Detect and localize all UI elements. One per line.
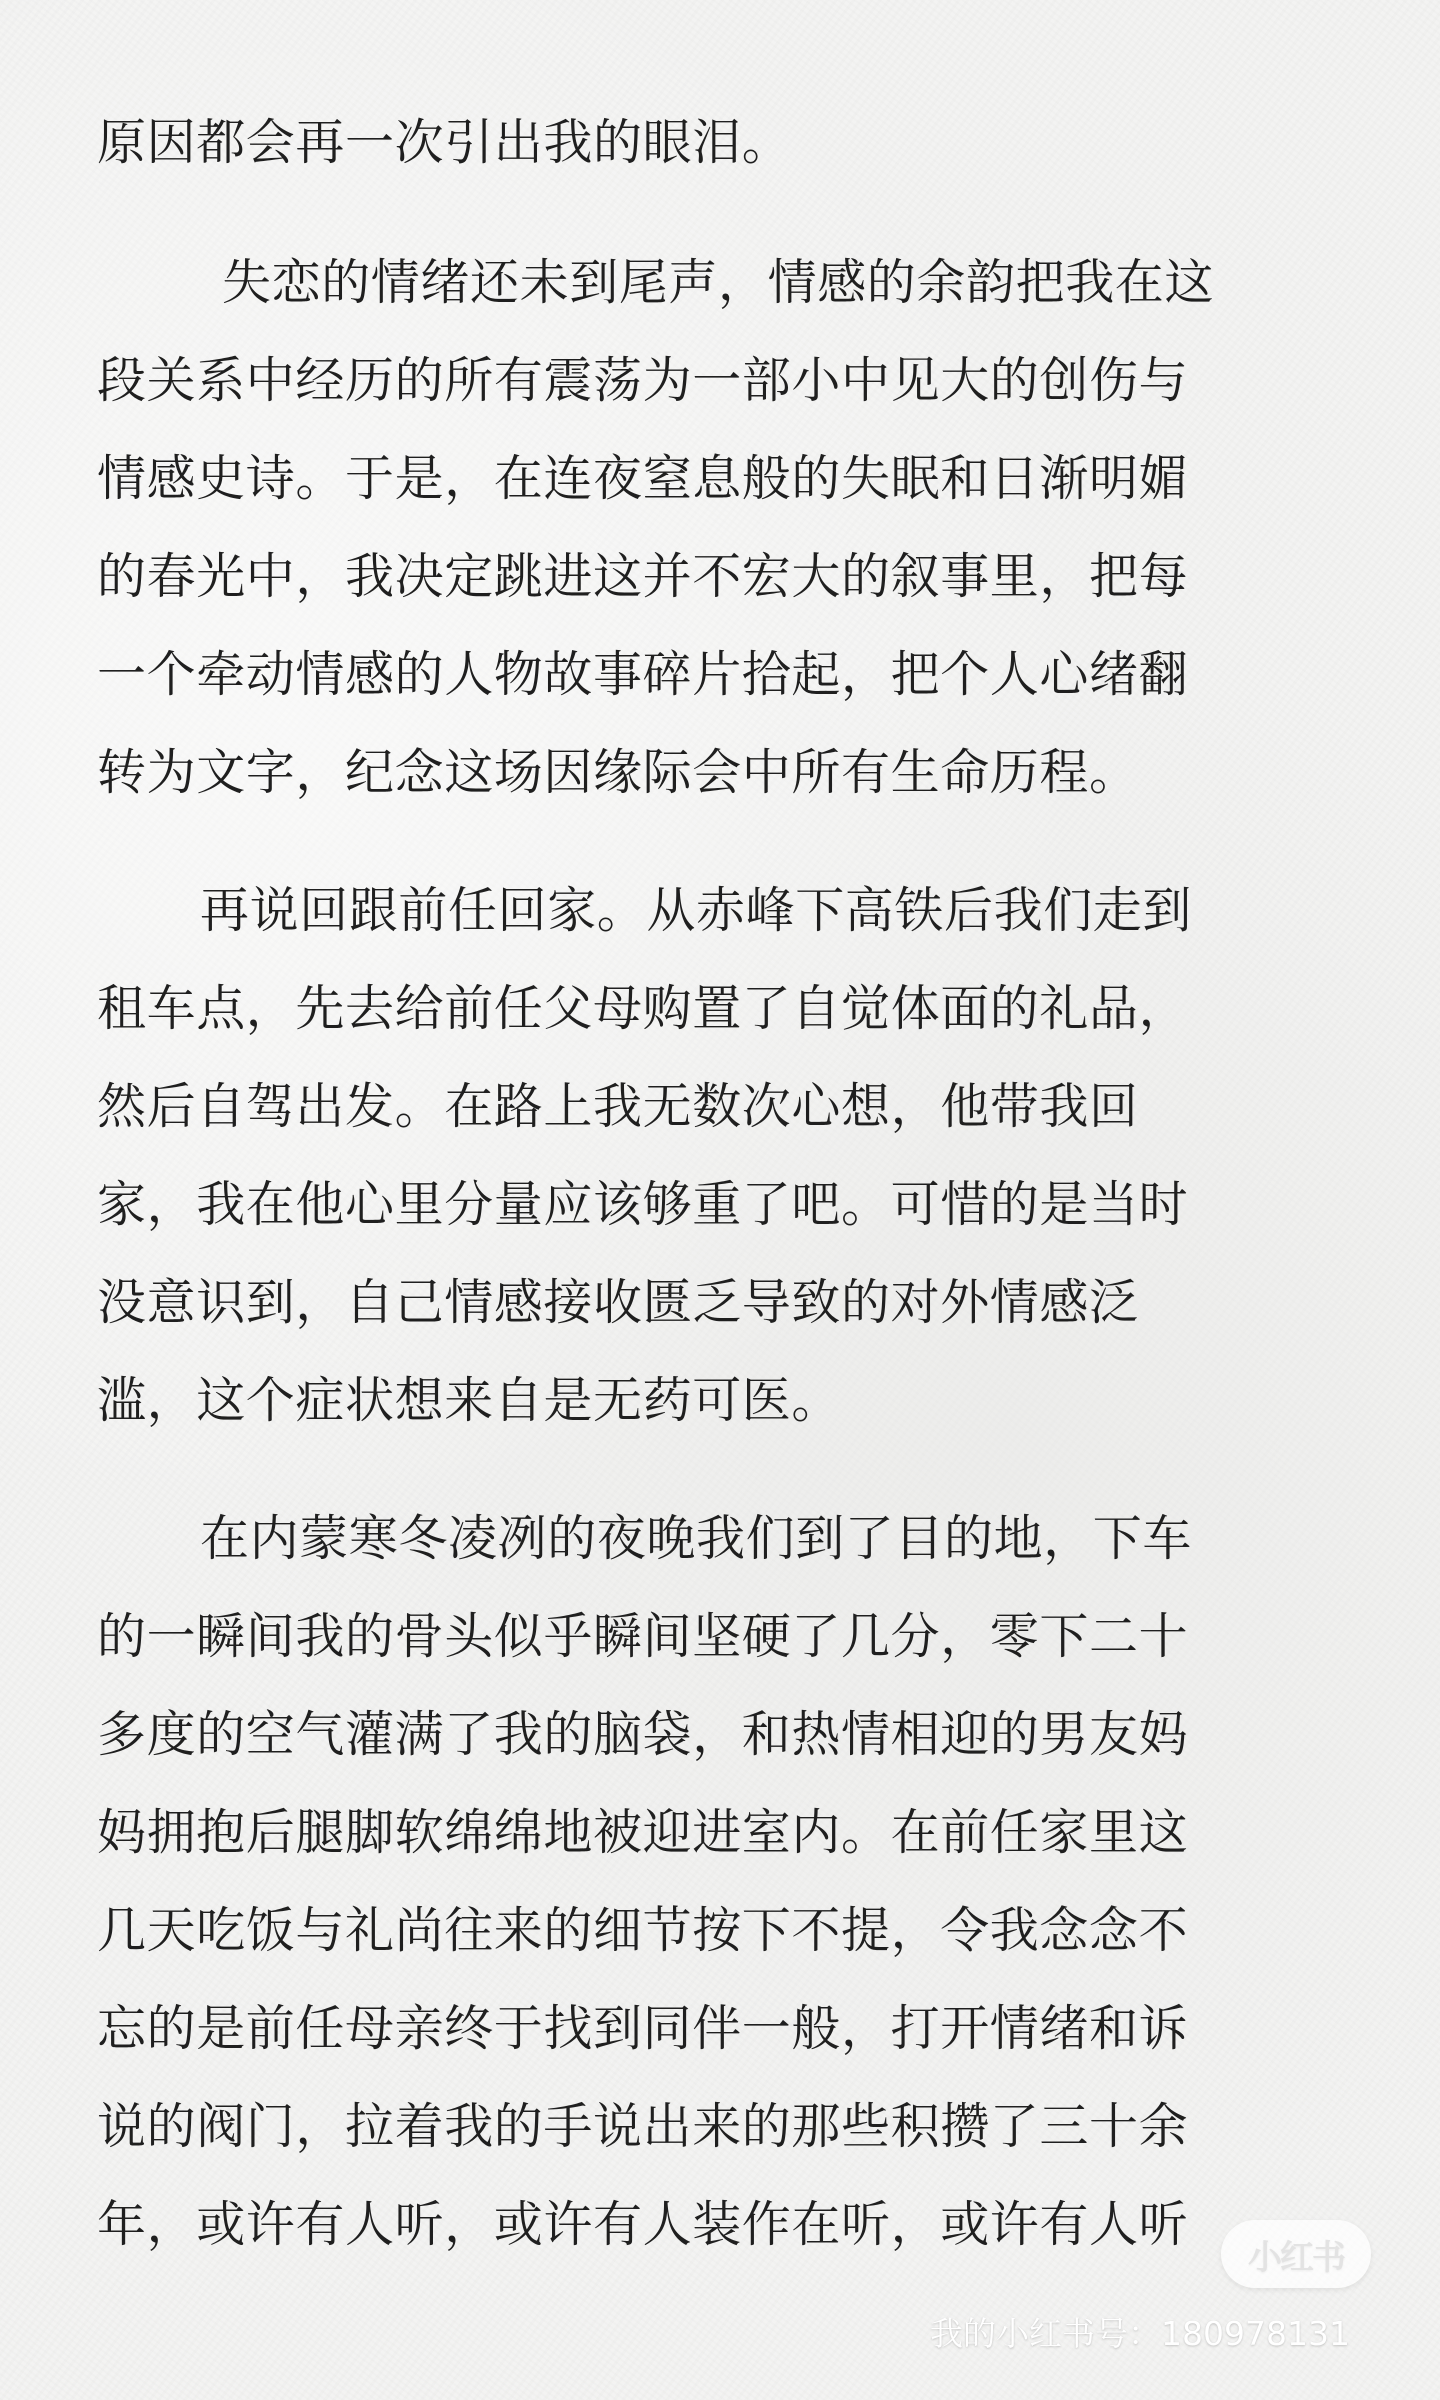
text-line: 妈拥抱后腿脚软绵绵地被迎进室内。在前任家里这 (97, 1808, 1347, 1906)
text-line: 的春光中，我决定跳进这并不宏大的叙事里，把每 (97, 552, 1347, 650)
text-line: 年，或许有人听，或许有人装作在听，或许有人听 (97, 2200, 1347, 2298)
paragraph-4: 在内蒙寒冬凌冽的夜晚我们到了目的地，下车 的一瞬间我的骨头似乎瞬间坚硬了几分，零… (97, 1514, 1347, 2298)
text-line: 一个牵动情感的人物故事碎片拾起，把个人心绪翻 (97, 650, 1347, 748)
text-line: 的一瞬间我的骨头似乎瞬间坚硬了几分，零下二十 (97, 1612, 1347, 1710)
text-line: 段关系中经历的所有震荡为一部小中见大的创伤与 (97, 356, 1347, 454)
text-line: 租车点，先去给前任父母购置了自觉体面的礼品， (97, 984, 1347, 1082)
text-line: 在内蒙寒冬凌冽的夜晚我们到了目的地，下车 (97, 1514, 1347, 1612)
text-line: 没意识到，自己情感接收匮乏导致的对外情感泛 (97, 1278, 1347, 1376)
text-line: 再说回跟前任回家。从赤峰下高铁后我们走到 (97, 886, 1347, 984)
text-line: 转为文字，纪念这场因缘际会中所有生命历程。 (97, 748, 1347, 846)
text-line: 说的阀门，拉着我的手说出来的那些积攒了三十余 (97, 2102, 1347, 2200)
paragraph-3: 再说回跟前任回家。从赤峰下高铁后我们走到 租车点，先去给前任父母购置了自觉体面的… (97, 886, 1347, 1474)
text-line: 原因都会再一次引出我的眼泪。 (97, 118, 1347, 216)
xiaohongshu-logo-badge: 小红书 (1221, 2220, 1371, 2288)
paragraph-1: 原因都会再一次引出我的眼泪。 (97, 118, 1347, 216)
text-line: 忘的是前任母亲终于找到同伴一般，打开情绪和诉 (97, 2004, 1347, 2102)
text-line: 然后自驾出发。在路上我无数次心想，他带我回 (97, 1082, 1347, 1180)
text-line: 情感史诗。于是，在连夜窒息般的失眠和日渐明媚 (97, 454, 1347, 552)
xiaohongshu-logo-text: 小红书 (1248, 2230, 1344, 2279)
text-line: 滥，这个症状想来自是无药可医。 (97, 1376, 1347, 1474)
text-line: 失恋的情绪还未到尾声，情感的余韵把我在这 (97, 258, 1347, 356)
text-line: 多度的空气灌满了我的脑袋，和热情相迎的男友妈 (97, 1710, 1347, 1808)
paragraph-2: 失恋的情绪还未到尾声，情感的余韵把我在这 段关系中经历的所有震荡为一部小中见大的… (97, 258, 1347, 846)
text-line: 几天吃饭与礼尚往来的细节按下不提，令我念念不 (97, 1906, 1347, 2004)
watermark-account-id: 我的小红书号：180978131 (930, 2314, 1350, 2354)
text-line: 家，我在他心里分量应该够重了吧。可惜的是当时 (97, 1180, 1347, 1278)
